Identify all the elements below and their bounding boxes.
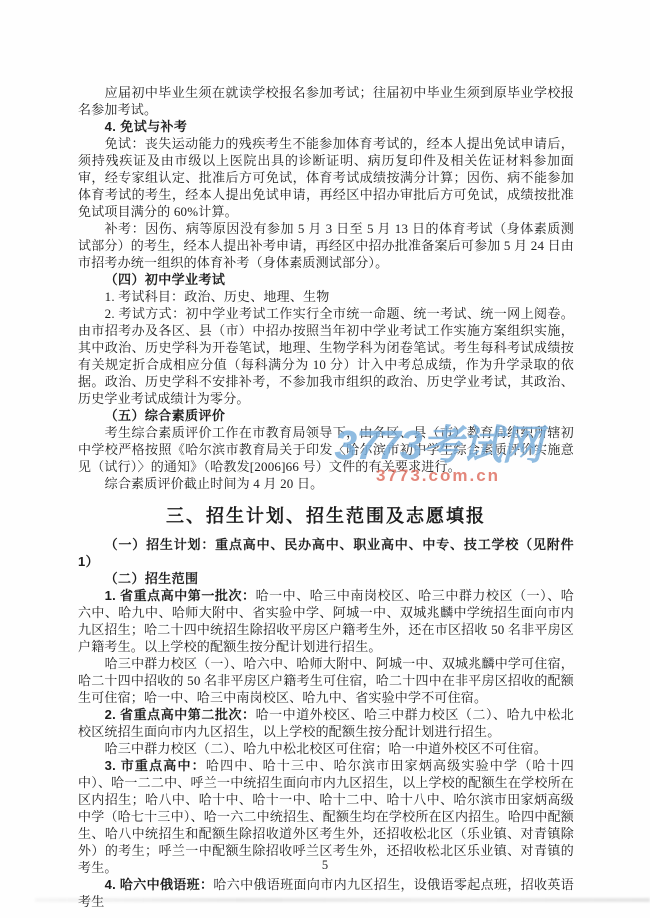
paragraph: 4. 免试与补考 [78, 118, 574, 135]
paragraph: 哈三中群力校区（二）、哈九中松北校区可住宿；哈一中道外校区不可住宿。 [78, 740, 574, 757]
paragraph: 考生综合素质评价工作在市教育局领导下，由各区、县（市）教育局组织所辖初中学校严格… [78, 424, 574, 475]
paragraph: 综合素质评价截止时间为 4 月 20 日。 [78, 475, 574, 492]
scan-artifact-dot [542, 851, 546, 854]
document-body: 应届初中毕业生须在就读学校报名参加考试；往届初中毕业生须到原毕业学校报名参加考试… [78, 84, 574, 910]
paragraph-lead: 4. 哈六中俄语班： [105, 877, 214, 892]
paragraph-lead: 3. 市重点高中： [105, 758, 206, 773]
paragraph: 2. 考试方式：初中学业考试工作实行全市统一命题、统一考试、统一网上阅卷。由市招… [78, 305, 574, 407]
paragraph-lead: 1. 省重点高中第一批次： [105, 588, 256, 603]
document-page: 应届初中毕业生须在就读学校报名参加考试；往届初中毕业生须到原毕业学校报名参加考试… [0, 0, 650, 918]
paragraph: 应届初中毕业生须在就读学校报名参加考试；往届初中毕业生须到原毕业学校报名参加考试… [78, 84, 574, 118]
paragraph: 2. 省重点高中第二批次：哈一中道外校区、哈三中群力校区（二）、哈九中松北校区统… [78, 706, 574, 740]
paragraph-lead: 2. 省重点高中第二批次： [105, 707, 256, 722]
paragraph: 补考：因伤、病等原因没有参加 5 月 3 日至 5 月 13 日的体育考试（身体… [78, 220, 574, 271]
paragraph: 免试：丧失运动能力的残疾考生不能参加体育考试的，经本人提出免试申请后，须持残疾证… [78, 135, 574, 220]
scan-artifact-edge [35, 898, 650, 902]
paragraph: （一）招生计划：重点高中、民办高中、职业高中、中专、技工学校（见附件 1） [78, 536, 574, 570]
paragraph: 1. 考试科目：政治、历史、地理、生物 [78, 288, 574, 305]
paragraph: 哈三中群力校区（一）、哈六中、哈师大附中、阿城一中、双城兆麟中学可住宿，哈二十四… [78, 655, 574, 706]
paragraph: （五）综合素质评价 [78, 407, 574, 424]
paragraph: （四）初中学业考试 [78, 271, 574, 288]
paragraph: 4. 哈六中俄语班：哈六中俄语班面向市内九区招生，设俄语零起点班，招收英语考生 [78, 876, 574, 910]
page-number: 5 [0, 858, 650, 873]
paragraph: （二）招生范围 [78, 570, 574, 587]
paragraph: 1. 省重点高中第一批次：哈一中、哈三中南岗校区、哈三中群力校区（一）、哈六中、… [78, 587, 574, 655]
section-heading: 三、招生计划、招生范围及志愿填报 [78, 505, 574, 527]
